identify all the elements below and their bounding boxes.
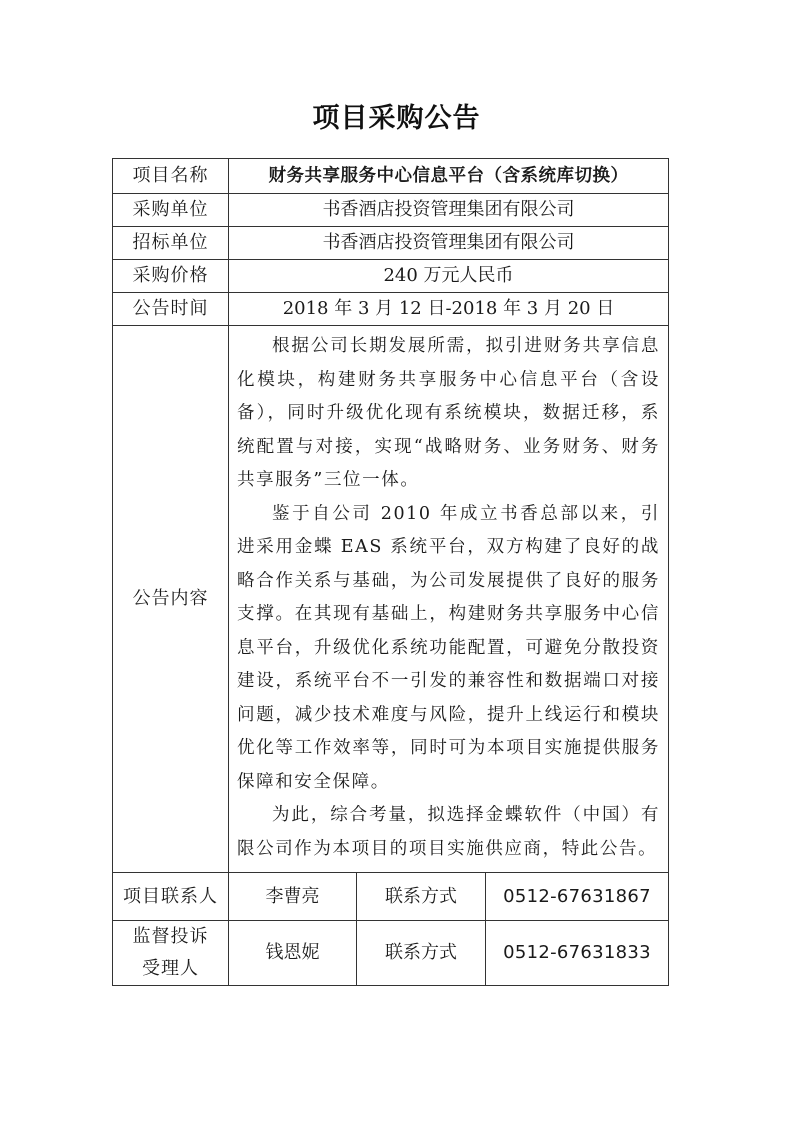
announcement-period-value: 2018 年 3 月 12 日-2018 年 3 月 20 日 — [229, 293, 669, 326]
project-name-label: 项目名称 — [113, 159, 229, 194]
tendering-unit-label: 招标单位 — [113, 227, 229, 260]
row-announcement-period: 公告时间 2018 年 3 月 12 日-2018 年 3 月 20 日 — [113, 293, 669, 326]
supervision-contact-label: 监督投诉 受理人 — [113, 921, 229, 986]
row-purchase-price: 采购价格 240 万元人民币 — [113, 260, 669, 293]
project-contact-name: 李曹亮 — [229, 873, 357, 921]
announcement-content-body: 根据公司长期发展所需，拟引进财务共享信息化模块，构建财务共享服务中心信息平台（含… — [229, 326, 669, 873]
purchase-price-label: 采购价格 — [113, 260, 229, 293]
project-contact-method-label: 联系方式 — [357, 873, 486, 921]
supervision-contact-method-label: 联系方式 — [357, 921, 486, 986]
content-paragraph-1: 根据公司长期发展所需，拟引进财务共享信息化模块，构建财务共享服务中心信息平台（含… — [237, 330, 660, 498]
content-paragraph-2: 鉴于自公司 2010 年成立书香总部以来，引进采用金蝶 EAS 系统平台，双方构… — [237, 498, 660, 800]
announcement-table: 项目名称 财务共享服务中心信息平台（含系统库切换） 采购单位 书香酒店投资管理集… — [112, 158, 669, 986]
row-purchasing-unit: 采购单位 书香酒店投资管理集团有限公司 — [113, 194, 669, 227]
row-tendering-unit: 招标单位 书香酒店投资管理集团有限公司 — [113, 227, 669, 260]
supervision-label-line2: 受理人 — [113, 953, 228, 985]
supervision-contact-name: 钱恩妮 — [229, 921, 357, 986]
project-contact-label: 项目联系人 — [113, 873, 229, 921]
announcement-content-label: 公告内容 — [113, 326, 229, 873]
page-title: 项目采购公告 — [0, 96, 793, 135]
supervision-contact-phone: 0512-67631833 — [486, 921, 669, 986]
announcement-period-label: 公告时间 — [113, 293, 229, 326]
purchasing-unit-label: 采购单位 — [113, 194, 229, 227]
row-project-name: 项目名称 财务共享服务中心信息平台（含系统库切换） — [113, 159, 669, 194]
row-supervision-contact: 监督投诉 受理人 钱恩妮 联系方式 0512-67631833 — [113, 921, 669, 986]
row-announcement-content: 公告内容 根据公司长期发展所需，拟引进财务共享信息化模块，构建财务共享服务中心信… — [113, 326, 669, 873]
supervision-label-line1: 监督投诉 — [113, 921, 228, 953]
purchasing-unit-value: 书香酒店投资管理集团有限公司 — [229, 194, 669, 227]
content-paragraph-3: 为此，综合考量，拟选择金蝶软件（中国）有限公司作为本项目的项目实施供应商，特此公… — [237, 799, 660, 866]
row-project-contact: 项目联系人 李曹亮 联系方式 0512-67631867 — [113, 873, 669, 921]
purchase-price-value: 240 万元人民币 — [229, 260, 669, 293]
tendering-unit-value: 书香酒店投资管理集团有限公司 — [229, 227, 669, 260]
project-contact-phone: 0512-67631867 — [486, 873, 669, 921]
project-name-value: 财务共享服务中心信息平台（含系统库切换） — [229, 159, 669, 194]
